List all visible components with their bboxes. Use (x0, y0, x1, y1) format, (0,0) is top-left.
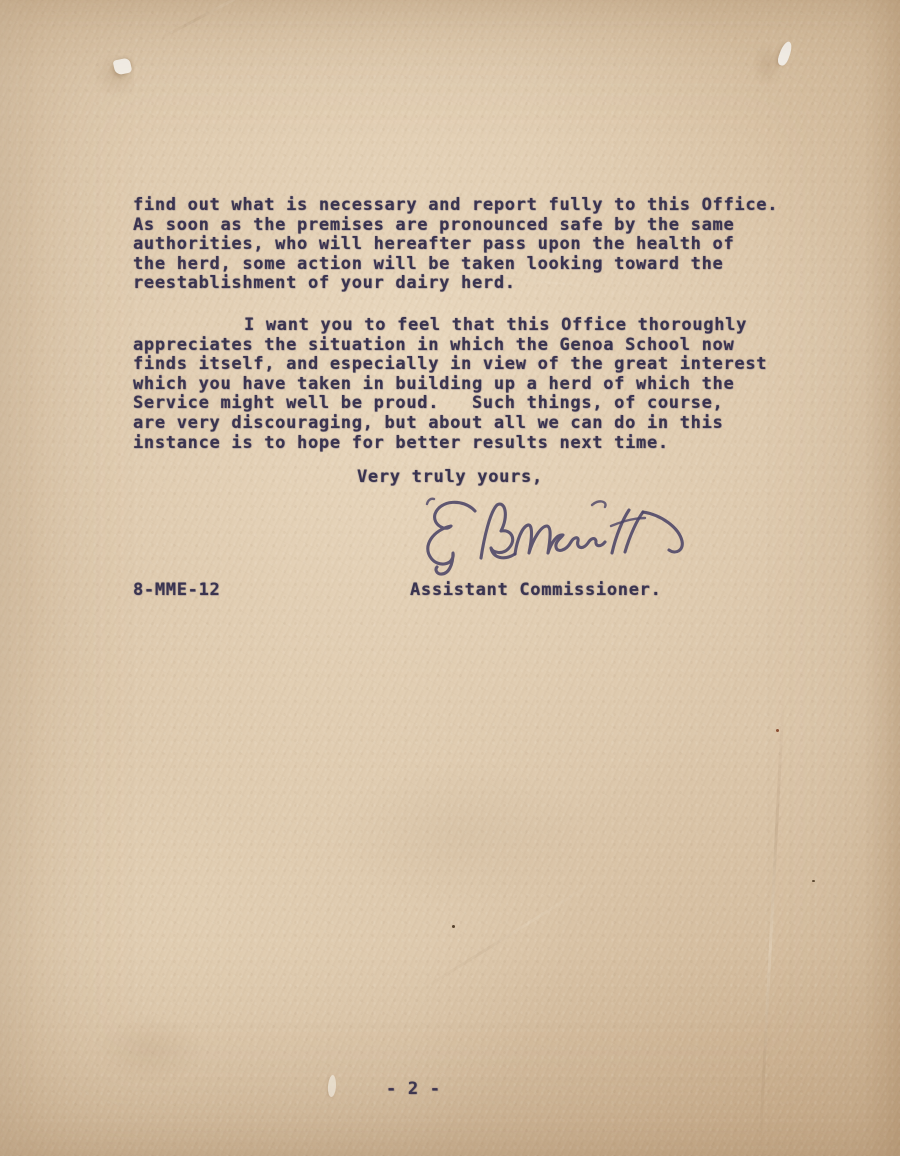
signer-title: Assistant Commissioner. (410, 581, 662, 601)
paper-smudge (95, 1015, 205, 1085)
paper-speck (812, 880, 815, 882)
signature-ink-strokes (415, 494, 700, 589)
complimentary-close: Very truly yours, (357, 468, 543, 488)
paper-damage-spot (327, 1075, 337, 1098)
paper-smudge (330, 760, 590, 910)
paper-speck (776, 729, 779, 732)
page-number: - 2 - (386, 1080, 441, 1100)
paper-crease (157, 0, 273, 41)
file-reference-number: 8-MME-12 (133, 581, 220, 601)
letter-body-paragraph-2: I want you to feel that this Office thor… (133, 316, 823, 453)
scanned-letter-page: { "colors": { "paper": "#dcc7ab", "ink":… (0, 0, 900, 1156)
paper-crease (758, 690, 786, 1156)
paper-scuff (92, 55, 134, 99)
signature-handwritten (415, 494, 700, 589)
letter-body-paragraph-1: find out what is necessary and report fu… (133, 196, 813, 294)
paper-speck (452, 925, 455, 928)
paper-damage-spot (113, 57, 133, 75)
paper-damage-spot (776, 40, 794, 67)
paper-crease (417, 869, 614, 993)
paper-scuff (752, 42, 782, 88)
